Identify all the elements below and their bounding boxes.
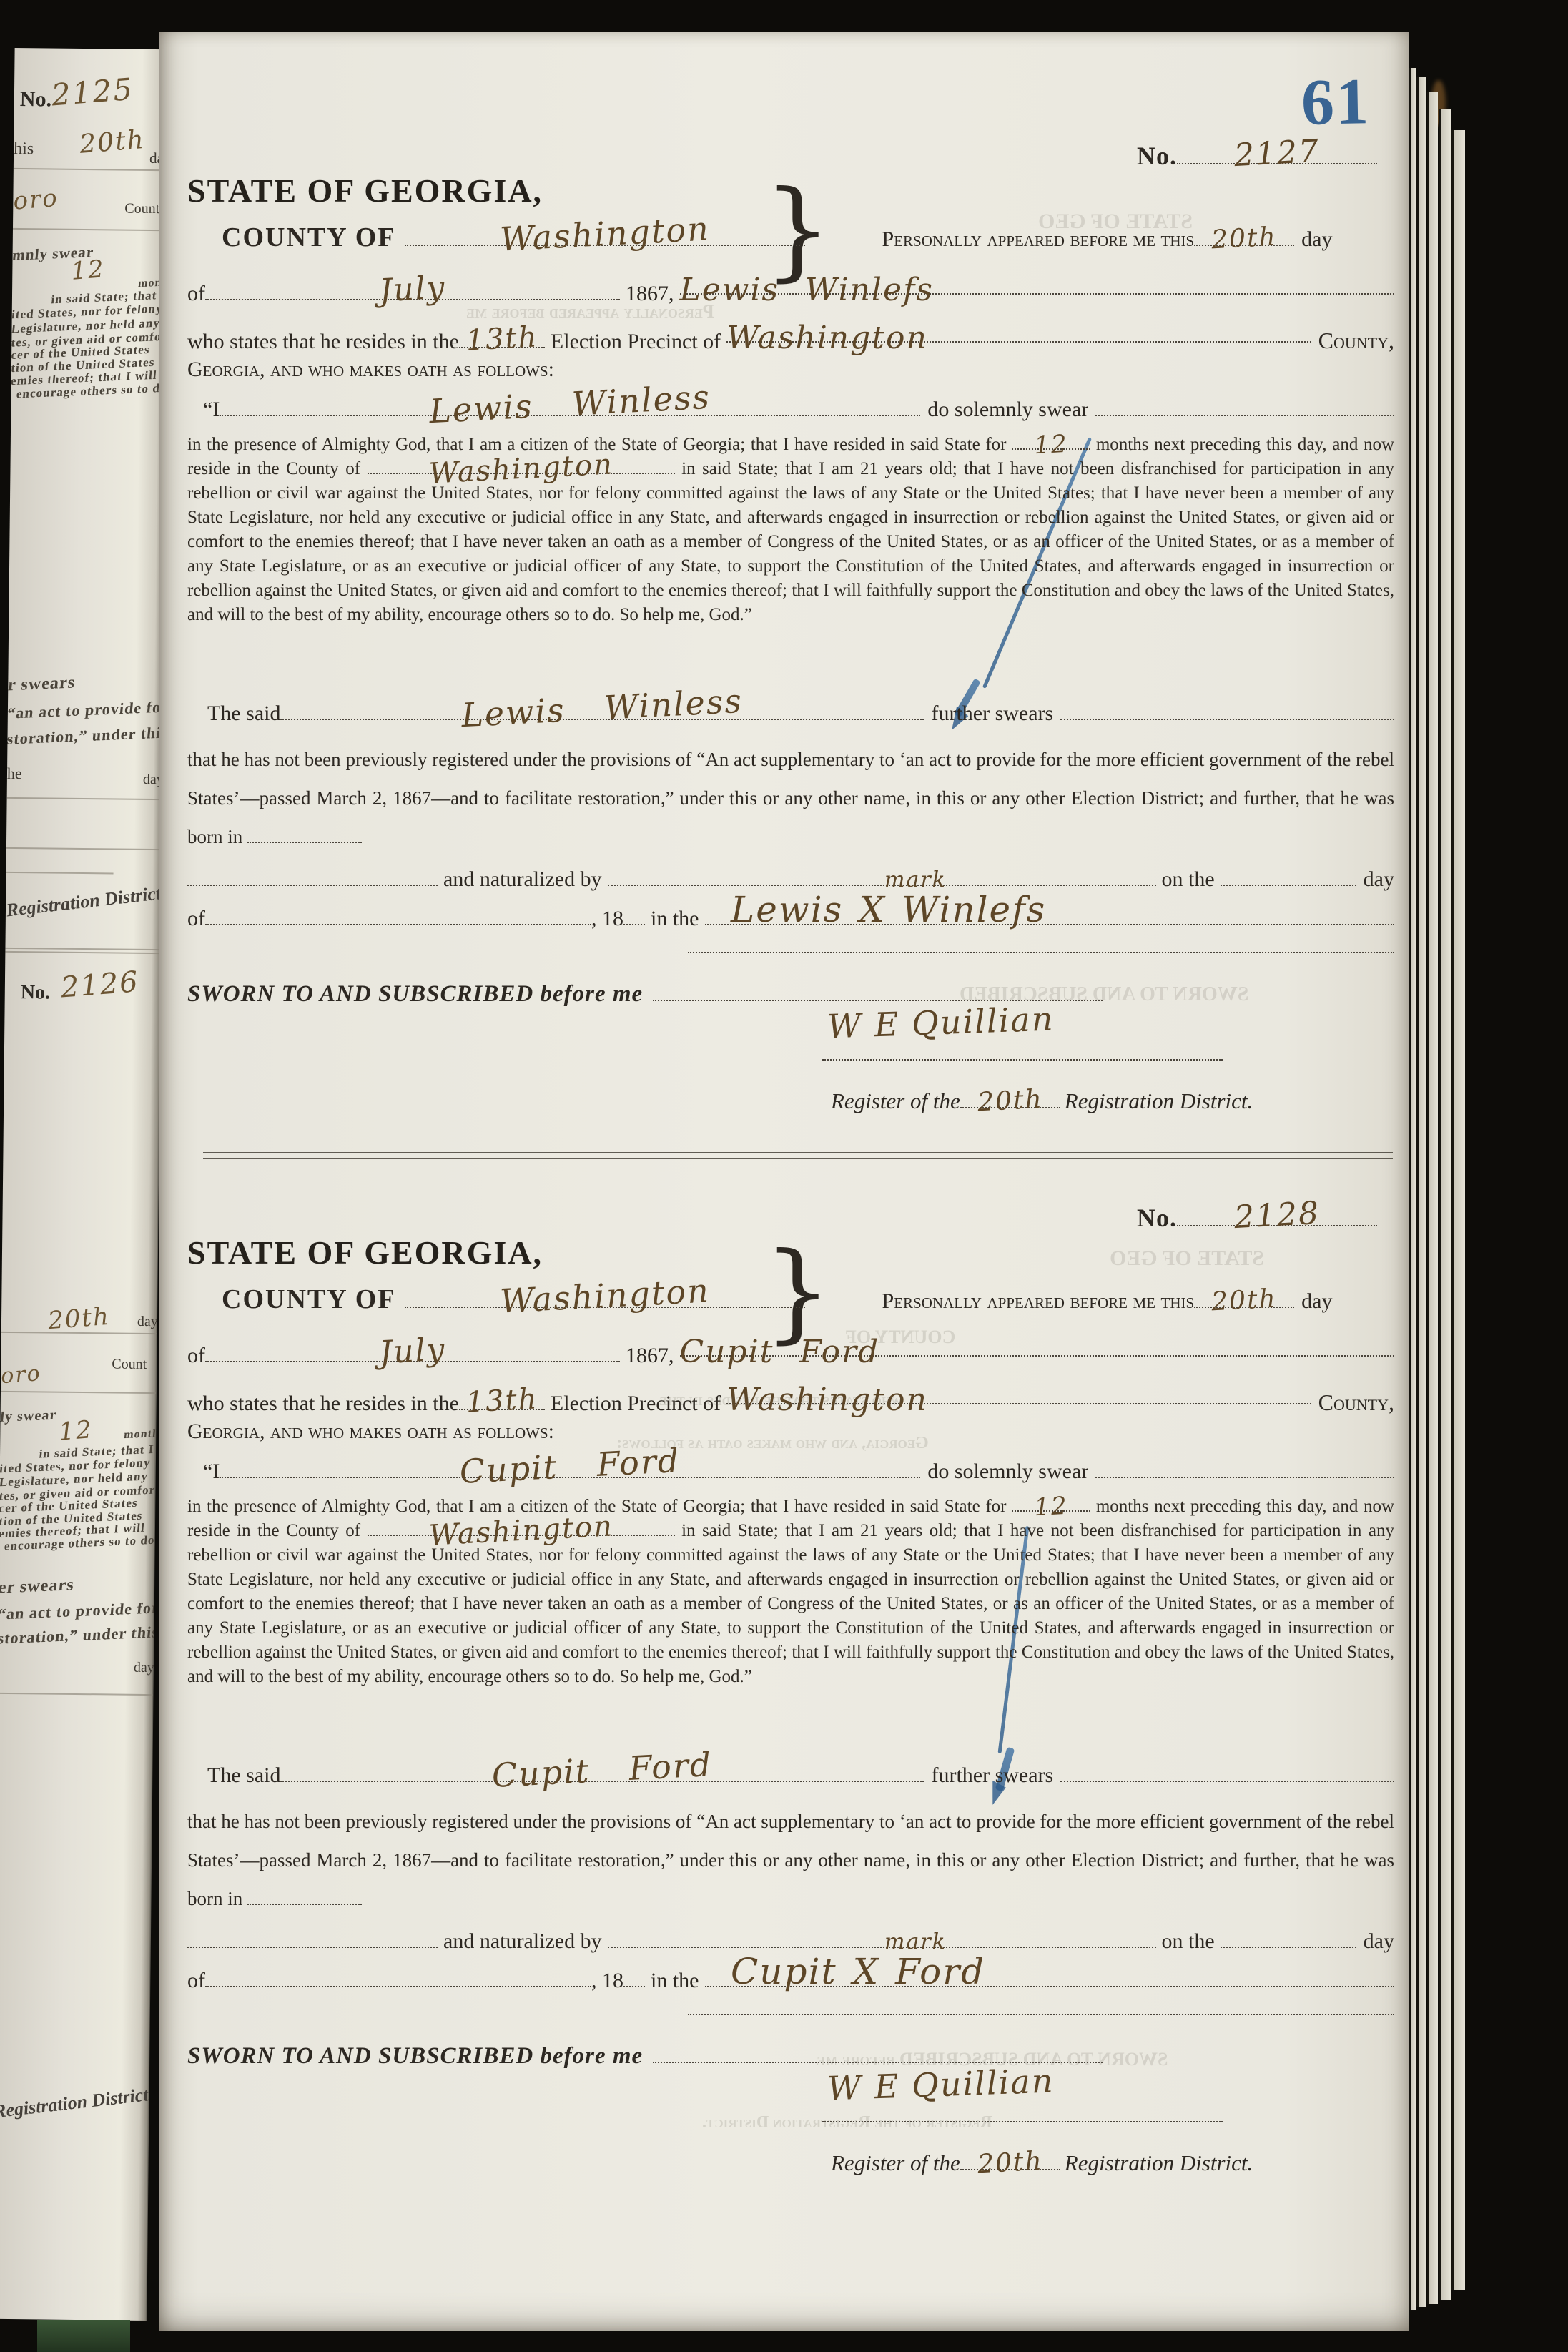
margin-rule (14, 168, 169, 171)
district-value: 20th (977, 1085, 1043, 1118)
margin-fragment: 12 (70, 255, 106, 286)
eighteen-blank (623, 902, 645, 925)
page-number-stamp: 61 (1301, 63, 1371, 140)
precinct-blank: 13th (459, 325, 545, 348)
oath-name-blank: Cupit Ford (220, 1455, 920, 1478)
months-blank: 12 (1012, 436, 1090, 450)
bleed-through-text: COUNTY OF (845, 1327, 955, 1348)
day-value: 20th (1210, 222, 1277, 255)
georgia-oath-line: Georgia, and who makes oath as follows: (187, 1419, 554, 1444)
register-district-row: Register of the 20th Registration Distri… (831, 2147, 1253, 2176)
no-label: No. (1137, 141, 1177, 171)
county-value: Washington (499, 1271, 711, 1320)
born-in-blank (247, 1891, 362, 1905)
month-blank: July (205, 1339, 620, 1362)
signature-last-name: Winlefs (902, 889, 1046, 930)
naturalized-row: and naturalized by on the day (187, 1925, 1394, 1954)
margin-fragment: day (134, 1660, 154, 1676)
sworn-label: SWORN TO AND SUBSCRIBED before me (187, 981, 643, 1008)
margin-rule (5, 948, 160, 950)
further-swears-row: The said Lewis Winless further swears (207, 697, 1394, 726)
signature-line (688, 2014, 1394, 2015)
further-swears-tail (1060, 697, 1394, 720)
margin-fragment: “an act to provide for (6, 697, 169, 722)
born-in-blank (247, 829, 362, 843)
bleed-through-text: SWORN TO AND SUBSCRIBED (960, 983, 1248, 1006)
bleed-through-text: STATE OF GEO (1110, 1246, 1264, 1271)
bleed-through-text: Personally appeared before me (466, 301, 714, 323)
month-blank: July (205, 277, 620, 300)
book-page: 61 No. 2127 STATE OF GEORGIA, } COUNTY O… (159, 32, 1409, 2331)
precinct-blank: 13th (459, 1387, 545, 1410)
precinct-row: who states that he resides in the 13th E… (187, 320, 1394, 354)
register-signature-line (822, 1059, 1223, 1061)
margin-fragment: 20th (79, 125, 146, 159)
page-edge-strip (1439, 109, 1451, 2300)
of-label-2: of (187, 1969, 205, 1993)
oath-name-blank: Lewis Winless (220, 393, 920, 416)
said-name-value: Lewis Winless (460, 682, 744, 735)
day-word: day (1301, 1289, 1332, 1314)
page-edge-strip (1416, 77, 1426, 2307)
further-swears-tail (1060, 1759, 1394, 1782)
entry-number-blank: 2127 (1177, 142, 1377, 164)
county-blank: Washington (405, 223, 805, 246)
page-edge-strip (1409, 68, 1416, 2310)
signature-first-name: Lewis (731, 889, 843, 930)
margin-rule (0, 1693, 153, 1696)
district-blank: 20th (960, 2147, 1060, 2170)
margin-fragment: No. (21, 981, 51, 1004)
oath-text-c: in said State; that I am 21 years old; t… (187, 459, 1394, 624)
of-label: of (187, 282, 205, 306)
margin-rule (1, 1391, 156, 1394)
solemnly-swear-label: do solemnly swear (927, 1460, 1088, 1484)
header-name-value: Lewis Winlefs (680, 272, 934, 308)
margin-fragment: day (137, 1314, 158, 1330)
margin-fragment: oro (12, 184, 59, 216)
months-word: months (1096, 435, 1149, 454)
district-blank: 20th (960, 1085, 1060, 1108)
register-of-label: Register of the (831, 2150, 960, 2176)
register-of-label: Register of the (831, 1088, 960, 1114)
on-the-label: on the (1162, 867, 1215, 892)
state-heading: STATE OF GEORGIA, (187, 1234, 543, 1271)
margin-rule (7, 797, 162, 800)
entry-divider (203, 1152, 1393, 1159)
i-open-label: “I (203, 1460, 220, 1484)
margin-fragment: 2126 (59, 965, 140, 1004)
supplementary-paragraph: that he has not been previously register… (187, 1802, 1394, 1918)
margin-fragment: No. (20, 87, 52, 112)
margin-fragment: his (14, 139, 34, 159)
date-name-row: of July 1867, Cupit Ford (187, 1334, 1394, 1368)
georgia-oath-text: Georgia, and who makes oath as follows: (187, 1419, 554, 1444)
of-label-2: of (187, 907, 205, 931)
previous-page-edge: No.2125his20thdayoroCountmnly swear12mon… (0, 48, 171, 2321)
day-word: day (1301, 227, 1332, 252)
georgia-oath-text: Georgia, and who makes oath as follows: (187, 358, 554, 382)
his-mark-word: mark (884, 1929, 947, 1954)
oath-text-c: in said State; that I am 21 years old; t… (187, 1521, 1394, 1686)
margin-fragment: storation,” under this (6, 723, 169, 748)
precinct-county-blank: Washington (726, 320, 1311, 343)
bleed-through-text: who states that he resides in the (659, 1391, 903, 1410)
county-value: Washington (499, 209, 711, 258)
year-label: 1867, (626, 1344, 674, 1368)
said-name-value: Cupit Ford (491, 1745, 714, 1795)
naturalized-lead-blank (187, 863, 438, 886)
district-value: 20th (977, 2147, 1043, 2180)
bleed-through-text: STATE OF GEO (1038, 210, 1193, 234)
his-mark-word: mark (884, 867, 947, 892)
county-of-label: COUNTY OF (222, 1284, 396, 1315)
months-blank: 12 (1012, 1497, 1090, 1512)
entry-number-row: No. 2128 (1137, 1203, 1377, 1233)
the-said-label: The said (207, 702, 280, 726)
margin-fragment: Count (124, 201, 159, 218)
page-edge-strip (1451, 130, 1465, 2290)
sworn-label: SWORN TO AND SUBSCRIBED before me (187, 2043, 643, 2070)
margin-fragment: ly swear (0, 1407, 58, 1426)
registration-district-label: Registration District. (1065, 2150, 1253, 2176)
name-blank: Cupit Ford (680, 1334, 1395, 1357)
comma-18-label: , 18 (591, 1969, 623, 1993)
georgia-oath-line: Georgia, and who makes oath as follows: (187, 358, 554, 382)
registration-district-label: Registration District. (1065, 1088, 1253, 1114)
county-appeared-row: COUNTY OF Washington Personally appeared… (222, 1284, 1394, 1315)
oath-county-value: Washington (428, 452, 613, 486)
precinct-value: 13th (465, 320, 538, 357)
day-value: 20th (1210, 1284, 1277, 1317)
margin-fragment: Registration District. (5, 882, 167, 922)
signature-last-name: Ford (895, 1951, 985, 1992)
months-word: months (1096, 1497, 1149, 1516)
in-the-label: in the (651, 907, 699, 931)
margin-rule (1, 1332, 157, 1334)
margin-fragment: Count (112, 1356, 147, 1373)
page-edge-strip (1427, 92, 1438, 2304)
entry-number-value: 2127 (1233, 133, 1321, 174)
margin-fragment: 12 (58, 1415, 94, 1447)
eighteen-blank (623, 1964, 645, 1987)
oath-county-value: Washington (428, 1514, 613, 1548)
margin-fragment: oro (0, 1361, 42, 1389)
of-blank (205, 902, 591, 925)
register-signature: W E Quillian (827, 999, 1055, 1045)
day-word-2: day (1364, 1929, 1394, 1954)
oath-county-blank: Washington (368, 1522, 675, 1536)
naturalized-blank (608, 1925, 1156, 1948)
entry-number-row: No. 2127 (1137, 141, 1377, 171)
margin-fragment: 20th (47, 1302, 112, 1336)
bleed-through-text: SWORN TO AND SUBSCRIBED before me (817, 2049, 1168, 2070)
table-cloth-sliver (37, 2320, 130, 2352)
month-value: July (378, 270, 446, 310)
i-open-label: “I (203, 398, 220, 422)
solemnly-tail (1095, 393, 1394, 416)
signature-mark-x: X (859, 889, 886, 930)
county-appeared-row: COUNTY OF Washington Personally appeared… (222, 222, 1394, 253)
resides-label: who states that he resides in the (187, 330, 459, 354)
solemnly-swear-label: do solemnly swear (927, 398, 1088, 422)
on-the-label: on the (1162, 1929, 1215, 1954)
naturalized-blank (608, 863, 1156, 886)
county-word: County, (1318, 328, 1394, 354)
bleed-through-text: Georgia, and who makes oath as follows: (616, 1434, 929, 1453)
supplementary-text: that he has not been previously register… (187, 749, 1394, 847)
said-name-blank: Cupit Ford (280, 1759, 924, 1782)
oath-county-blank: Washington (368, 460, 675, 474)
state-heading: STATE OF GEORGIA, (187, 172, 543, 210)
name-blank: Lewis Winlefs (680, 272, 1395, 295)
entry-number-value: 2128 (1233, 1195, 1321, 1236)
said-name-blank: Lewis Winless (280, 697, 924, 720)
margin-rule (6, 872, 114, 875)
comma-18-label: , 18 (591, 907, 623, 931)
margin-rule (13, 228, 168, 231)
margin-fragment: storation,” under this (0, 1623, 159, 1648)
oath-paragraph: in the presence of Almighty God, that I … (187, 1495, 1394, 1689)
supplementary-text: that he has not been previously register… (187, 1811, 1394, 1909)
no-label: No. (1137, 1203, 1177, 1233)
signature-line (688, 952, 1394, 953)
solemnly-tail (1095, 1455, 1394, 1478)
month-value: July (378, 1332, 446, 1372)
bleed-through-text: Register of the Registration District. (702, 2113, 992, 2132)
oath-name-row: “I Lewis Winless do solemnly swear (203, 393, 1394, 422)
naturalized-lead-blank (187, 1925, 438, 1948)
register-district-row: Register of the 20th Registration Distri… (831, 1085, 1253, 1114)
naturalized-row: and naturalized by on the day (187, 863, 1394, 892)
oath-name-value: Lewis Winless (428, 378, 711, 431)
signature-first-name: Cupit (731, 1951, 837, 1992)
the-said-label: The said (207, 1763, 280, 1788)
county-blank: Washington (405, 1285, 805, 1308)
naturalized-label: and naturalized by (443, 1929, 602, 1954)
registrant-signature: mark Cupit X Ford (731, 1951, 985, 1992)
margin-fragment: er swears (0, 1575, 75, 1598)
further-swears-label: further swears (931, 1763, 1053, 1788)
in-the-label: in the (651, 1969, 699, 1993)
registrant-signature: mark Lewis X Winlefs (731, 889, 1046, 930)
scanned-register-page: { "page": { "stamp_number": "61", "stamp… (0, 0, 1568, 2352)
margin-rule (6, 847, 162, 850)
of-label: of (187, 1344, 205, 1368)
resides-label: who states that he resides in the (187, 1392, 459, 1416)
margin-fragment: Registration District. (0, 2084, 154, 2123)
margin-fragment: “an act to provide for (0, 1598, 160, 1623)
signature-mark-x: X (853, 1951, 880, 1992)
precinct-county-value: Washington (726, 320, 928, 356)
day-blank: 20th (1194, 223, 1294, 246)
margin-fragment: 2125 (50, 72, 134, 113)
months-value: 12 (1034, 432, 1069, 458)
precinct-label: Election Precinct of (551, 330, 721, 354)
further-swears-label: further swears (931, 702, 1053, 726)
on-the-blank (1221, 863, 1356, 886)
supplementary-paragraph: that he has not been previously register… (187, 740, 1394, 856)
precinct-value: 13th (465, 1382, 538, 1419)
oath-name-row: “I Cupit Ford do solemnly swear (203, 1455, 1394, 1484)
day-blank: 20th (1194, 1285, 1294, 1308)
on-the-blank (1221, 1925, 1356, 1948)
naturalized-label: and naturalized by (443, 867, 602, 892)
personally-appeared-label: Personally appeared before me this (882, 1289, 1195, 1314)
day-word-2: day (1364, 867, 1394, 892)
county-of-label: COUNTY OF (222, 222, 396, 253)
months-value: 12 (1034, 1494, 1069, 1520)
oath-paragraph: in the presence of Almighty God, that I … (187, 433, 1394, 627)
margin-fragment: r swears (7, 673, 77, 695)
entry-number-blank: 2128 (1177, 1204, 1377, 1226)
further-swears-row: The said Cupit Ford further swears (207, 1759, 1394, 1788)
margin-fragment: he (7, 764, 22, 783)
date-name-row: of July 1867, Lewis Winlefs (187, 272, 1394, 306)
of-blank (205, 1964, 591, 1987)
county-word: County, (1318, 1389, 1394, 1416)
